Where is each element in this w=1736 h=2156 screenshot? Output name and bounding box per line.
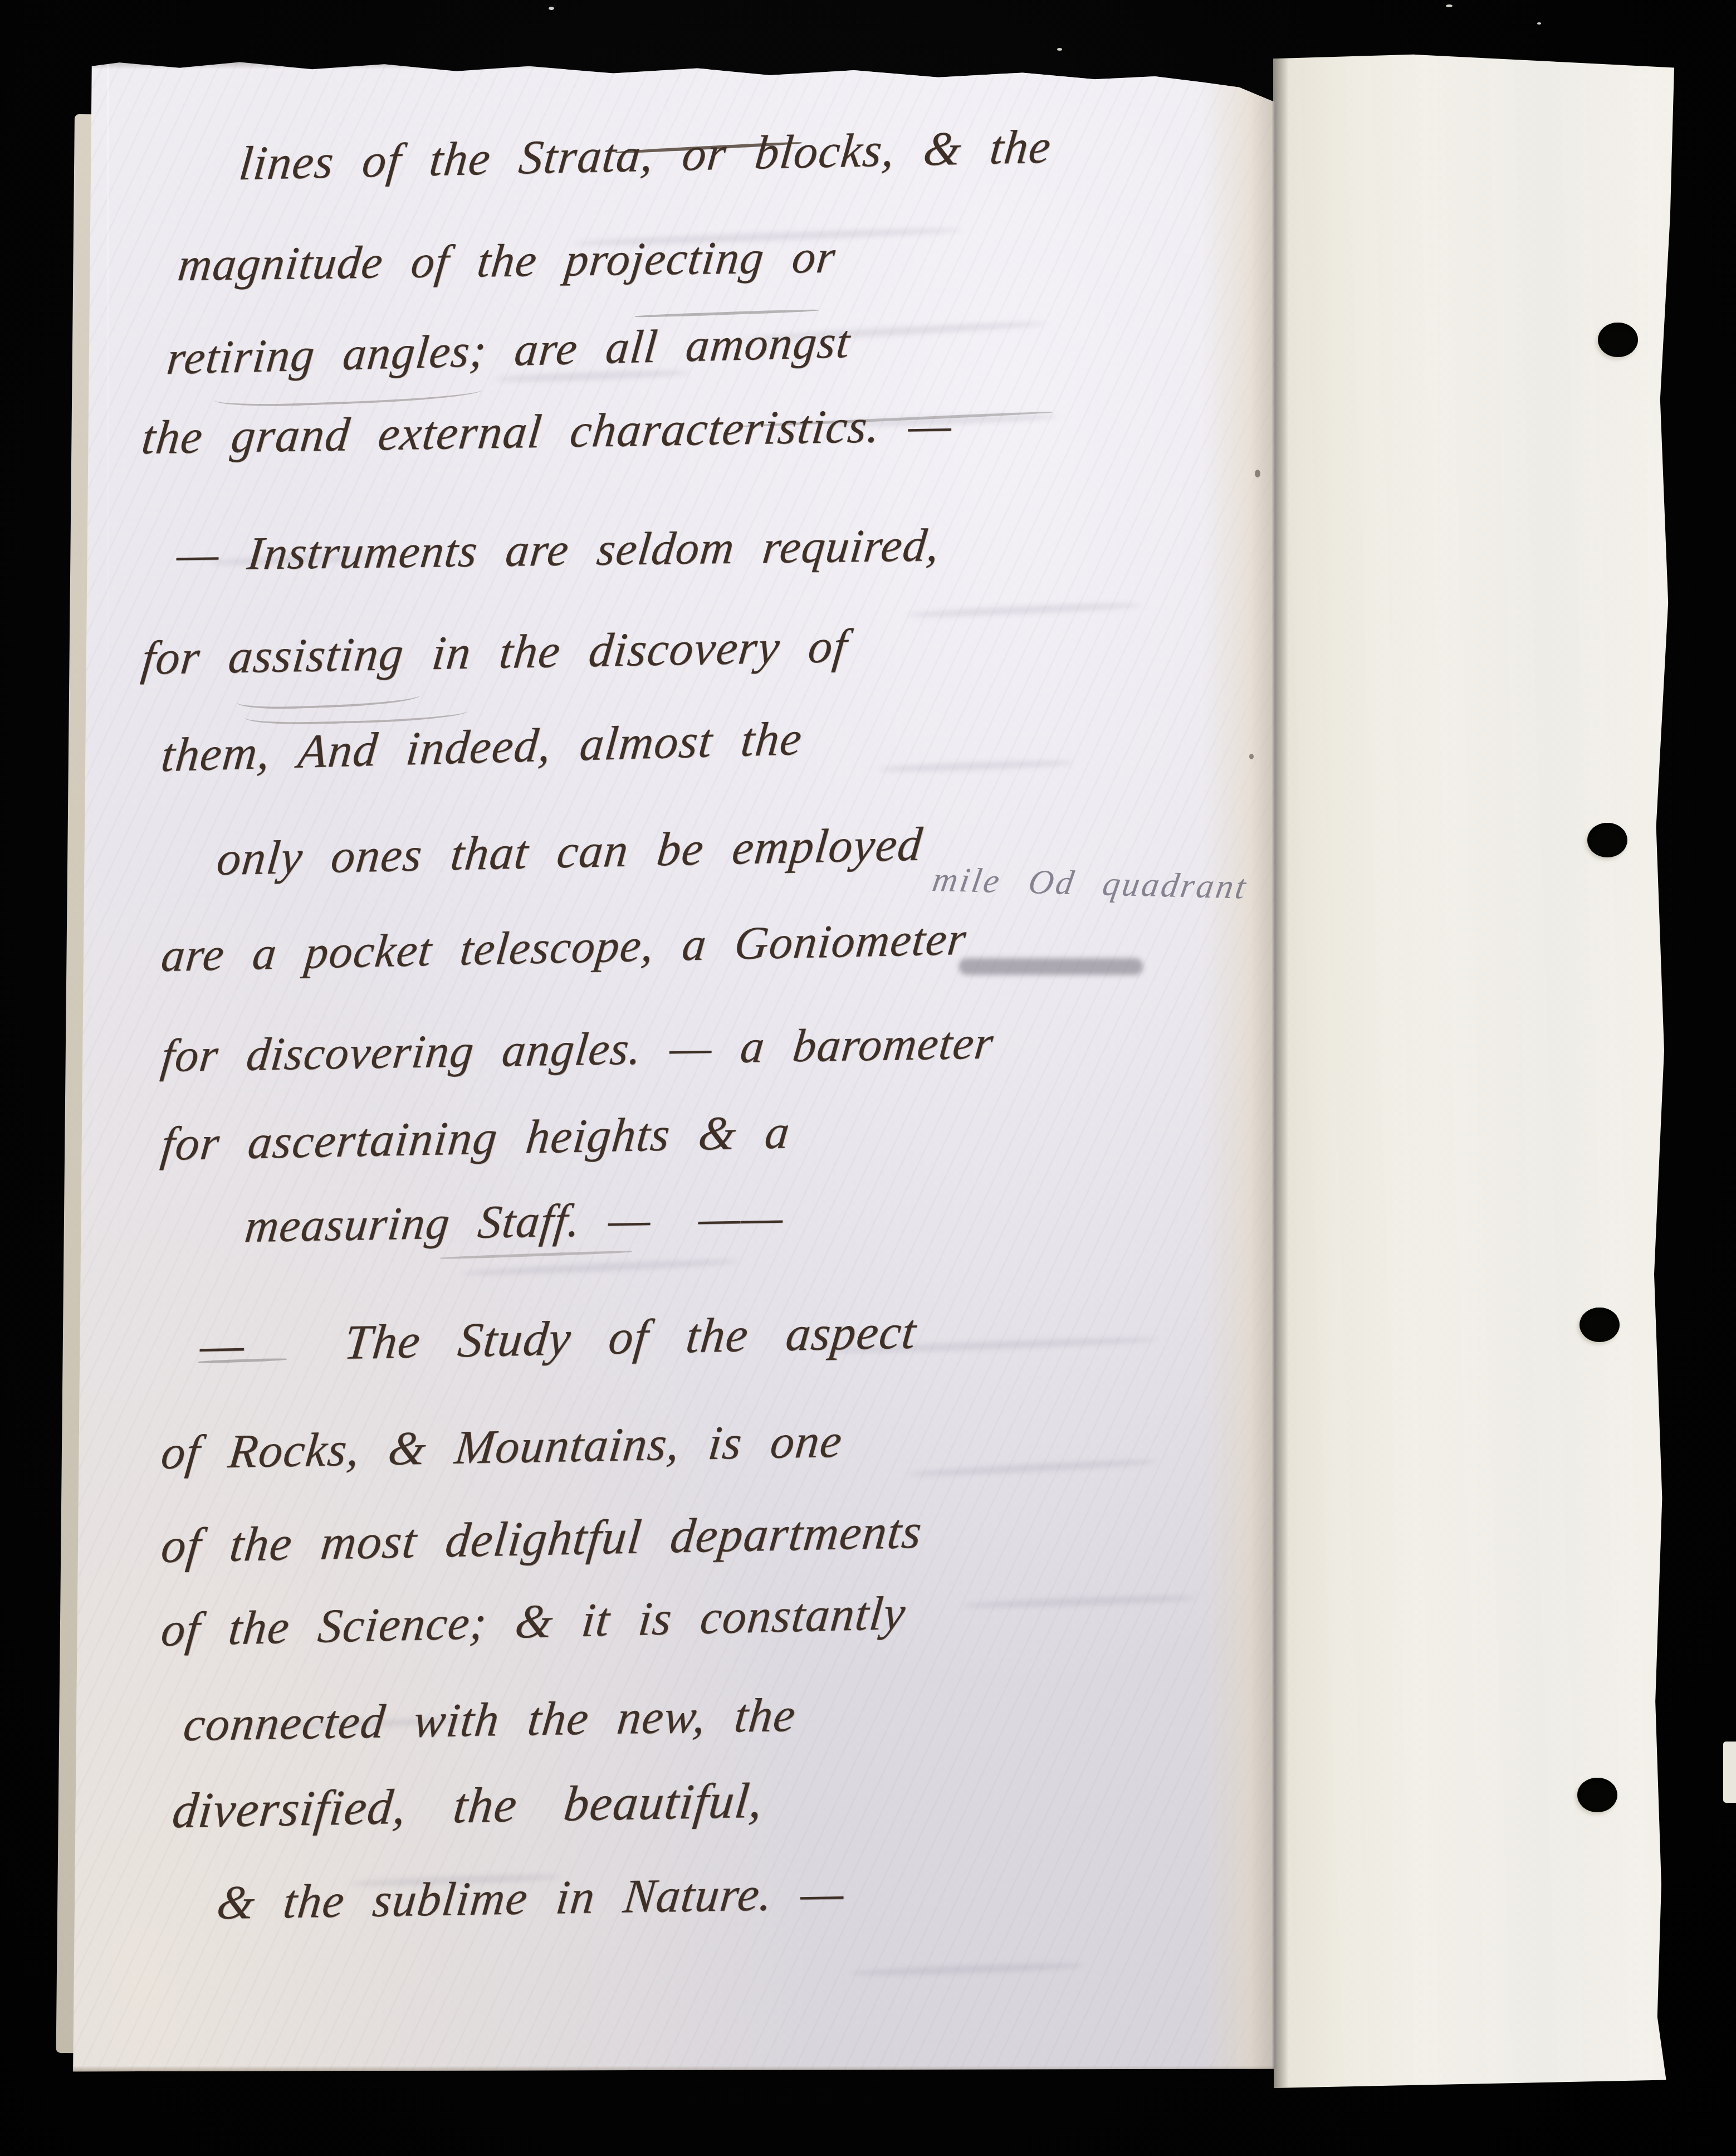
manuscript-line-10: for discovering angles. — a barometer	[159, 1020, 996, 1080]
gutter-shadow	[1273, 53, 1289, 2088]
paper-sheen	[1273, 53, 1674, 2088]
manuscript-line-12: measuring Staff. — ——	[243, 1194, 786, 1250]
manuscript-line-19: & the sublime in Nature. —	[214, 1869, 847, 1926]
manuscript-line-17: connected with the new, the	[181, 1691, 798, 1748]
paper-sliver	[1723, 1742, 1736, 1803]
manuscript-line-04: the grand external characteristics. —	[139, 401, 955, 461]
page-top-edge-shading	[71, 60, 1275, 69]
manuscript-line-18: diversified, the beautiful,	[170, 1775, 766, 1836]
ink-speck	[1249, 754, 1254, 759]
ink-speck	[1255, 470, 1260, 477]
manuscript-line-06: for assisting in the discovery of	[139, 622, 850, 682]
manuscript-line-11: for ascertaining heights & a	[159, 1108, 793, 1168]
manuscript-page: lines of the Strata, or blocks, & the ma…	[71, 60, 1275, 2072]
dust-speck	[1057, 48, 1062, 51]
page-right-edge-shading	[1202, 60, 1275, 2072]
paper-crease	[107, 65, 109, 845]
dust-speck	[549, 7, 554, 10]
photo-scene: lines of the Strata, or blocks, & the ma…	[0, 0, 1736, 2156]
manuscript-line-05: — Instruments are seldom required,	[174, 522, 942, 578]
manuscript-line-14: of Rocks, & Mountains, is one	[159, 1417, 844, 1477]
punch-hole-2	[1587, 823, 1627, 857]
dust-speck	[1537, 22, 1541, 25]
pencil-smudge-goniometer	[959, 958, 1143, 975]
punch-hole-4	[1577, 1778, 1617, 1812]
punch-hole-3	[1579, 1308, 1620, 1342]
page-bottom-edge-shading	[71, 2066, 1275, 2072]
dust-speck	[1446, 4, 1453, 7]
pencil-annotation: mile Od quadrant	[930, 862, 1250, 905]
manuscript-line-02: magnitude of the projecting or	[175, 234, 838, 289]
punch-hole-1	[1598, 323, 1638, 357]
interleaf-sheet	[1273, 53, 1674, 2088]
